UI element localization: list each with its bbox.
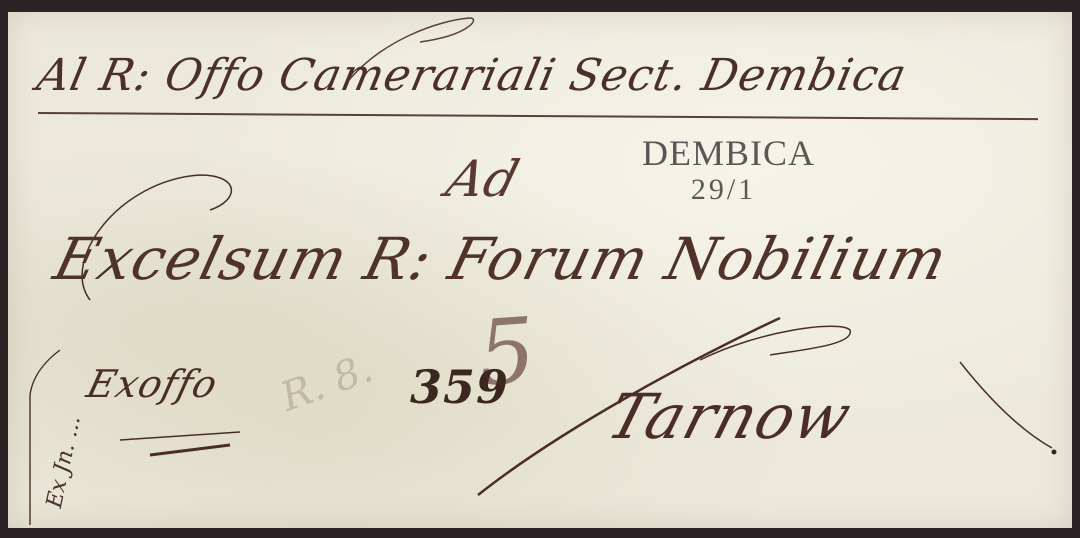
postmark: DEMBICA 29/1 (642, 135, 815, 205)
ex-officio-note: Exoffo (83, 362, 223, 406)
postmark-town: DEMBICA (642, 135, 815, 171)
address-line-2: Excelsum R: Forum Nobilium (48, 225, 955, 293)
reference-number: 359 (410, 360, 509, 414)
destination-town: Tarnow (600, 380, 860, 453)
postmark-date: 29/1 (632, 175, 815, 205)
address-line-1: Al R: Offo Camerariali Sect. Dembica (33, 50, 912, 101)
